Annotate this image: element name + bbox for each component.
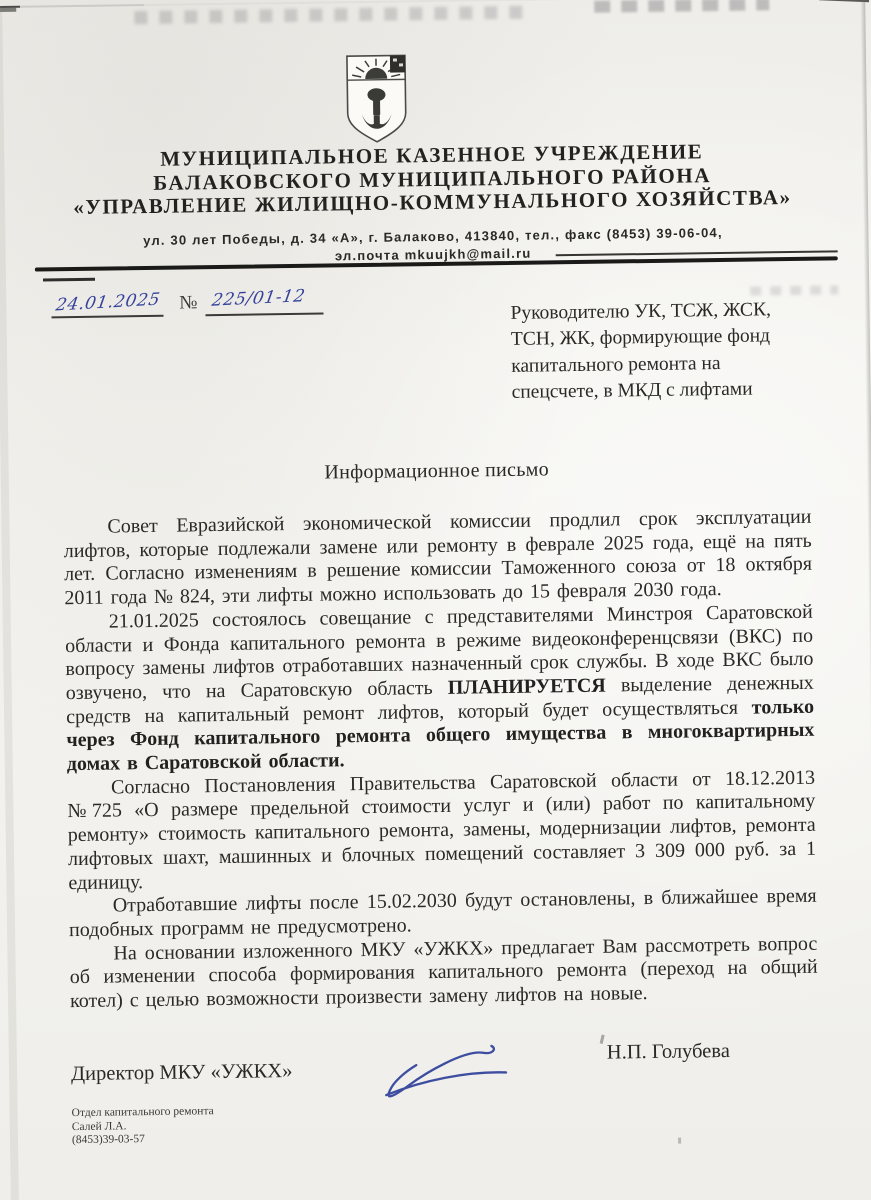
scan-speck bbox=[678, 1138, 681, 1144]
form-line bbox=[43, 278, 95, 281]
body-paragraph: На основании изложенного МКУ «УЖКХ» пред… bbox=[69, 932, 818, 1014]
signer-position: Директор МКУ «УЖКХ» bbox=[71, 1060, 293, 1086]
executor-phone: (8453)39-03-57 bbox=[72, 1132, 214, 1147]
scanned-letter-page: МУНИЦИПАЛЬНОЕ КАЗЕННОЕ УЧРЕЖДЕНИЕ БАЛАКО… bbox=[0, 0, 871, 1200]
letterhead-org-block: МУНИЦИПАЛЬНОЕ КАЗЕННОЕ УЧРЕЖДЕНИЕ БАЛАКО… bbox=[0, 138, 868, 221]
signer-name: Н.П. Голубева bbox=[607, 1040, 730, 1065]
letter-body: Совет Евразийской экономической комиссии… bbox=[63, 506, 818, 1014]
executor-block: Отдел капитального ремонта Салей Л.А. (8… bbox=[72, 1105, 215, 1147]
body-paragraph: 21.01.2025 состоялось совещание с предст… bbox=[65, 601, 815, 777]
balakovo-coat-of-arms-icon bbox=[343, 52, 410, 145]
outgoing-number-handwritten: 225/01-12 bbox=[210, 286, 306, 311]
executor-department: Отдел капитального ремонта bbox=[72, 1105, 214, 1120]
bleed-through-artifact bbox=[594, 0, 769, 13]
bleed-through-artifact bbox=[134, 6, 534, 25]
handwritten-signature-icon bbox=[375, 1039, 512, 1103]
bleed-through-artifact bbox=[750, 285, 838, 295]
number-underline bbox=[206, 313, 324, 317]
body-paragraph: Совет Евразийской экономической комиссии… bbox=[63, 506, 812, 611]
letter-content: МУНИЦИПАЛЬНОЕ КАЗЕННОЕ УЧРЕЖДЕНИЕ БАЛАКО… bbox=[0, 0, 871, 1200]
letter-title: Информационное письмо bbox=[63, 455, 811, 488]
recipient-block: Руководителю УК, ТСЖ, ЖСК, ТСН, ЖК, форм… bbox=[510, 297, 779, 406]
scan-speck bbox=[600, 1035, 605, 1044]
body-paragraph: Согласно Постановления Правительства Сар… bbox=[67, 766, 817, 895]
number-sign: № bbox=[179, 292, 197, 314]
scan-corner-artifact bbox=[819, 0, 869, 2]
scan-corner-artifact bbox=[0, 8, 16, 12]
scan-edge-artifact bbox=[0, 0, 865, 8]
date-underline bbox=[52, 315, 164, 319]
outgoing-date-handwritten: 24.01.2025 bbox=[54, 290, 161, 316]
